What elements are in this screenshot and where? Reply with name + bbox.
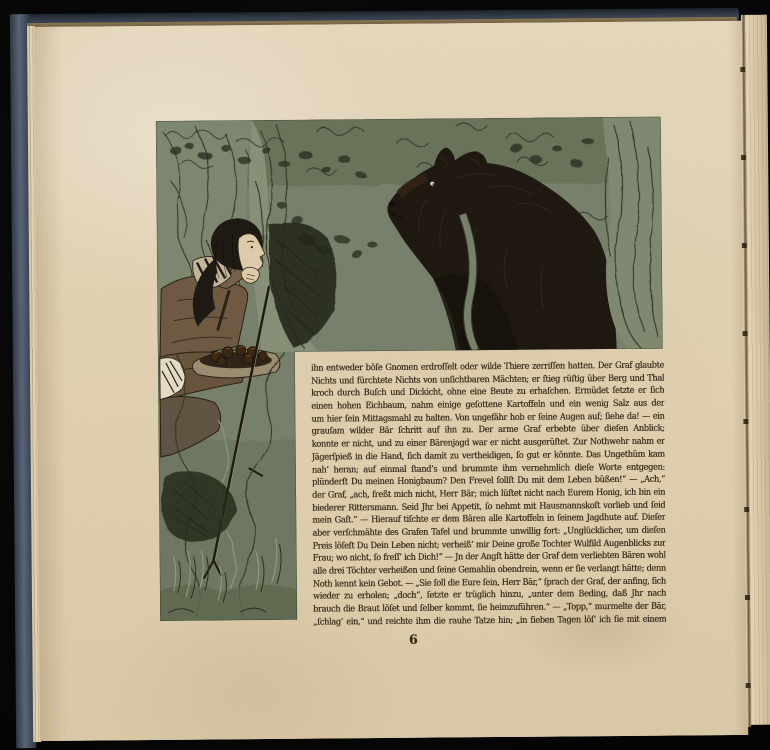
tree-trunk-right xyxy=(603,117,663,349)
tree-trunk-center xyxy=(248,120,317,353)
bear-figure xyxy=(387,146,617,351)
text-line: „ſchlag’ ein,“ und reichte ihm die rauhe… xyxy=(313,613,666,629)
hunter-figure xyxy=(159,218,267,457)
book-page: ihn entweder böſe Gnomen erdroſſelt oder… xyxy=(34,21,748,741)
foliage-texture xyxy=(164,121,609,241)
hunting-spear xyxy=(201,286,273,579)
hunter-hair xyxy=(211,218,263,270)
hat-with-potatoes xyxy=(192,345,280,378)
photo-background: ihn entweder böſe Gnomen erdroſſelt oder… xyxy=(0,0,770,750)
text-block: ihn entweder böſe Gnomen erdroſſelt oder… xyxy=(311,360,666,630)
bear-eye xyxy=(430,182,434,186)
page-number: 6 xyxy=(393,632,433,647)
dark-thicket xyxy=(269,221,337,348)
tree-trunk-left xyxy=(156,120,256,353)
white-bundle xyxy=(160,358,185,399)
hunter-sleeve xyxy=(213,264,249,288)
undergrowth xyxy=(158,352,297,621)
vine-branch xyxy=(459,214,480,350)
leaf-clusters xyxy=(170,138,595,260)
bear-nose xyxy=(388,202,394,207)
open-book: ihn entweder böſe Gnomen erdroſſelt oder… xyxy=(0,0,770,750)
hunter-coat xyxy=(159,275,248,363)
hunter-hand xyxy=(241,267,259,283)
hunter-fur-collar xyxy=(193,256,232,289)
hunter-face xyxy=(238,234,265,273)
